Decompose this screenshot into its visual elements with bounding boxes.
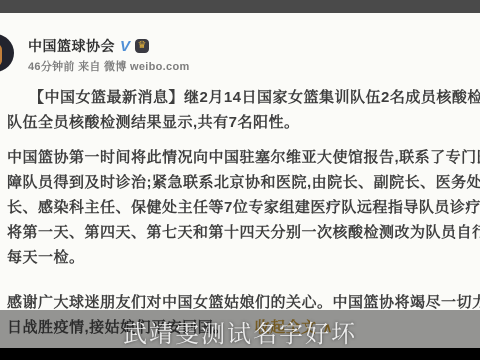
post-text-line: 障队员得到及时诊治;紧急联系北京协和医院,由院长、副院长、医务处 bbox=[7, 170, 480, 195]
post-text-line: 长、感染科主任、保健处主任等7位专家组建医疗队远程指导队员诊疗,将原定 bbox=[7, 195, 480, 220]
weibo-post-screenshot: 中国篮球协会 V ♛ 46分钟前 来自 微博 weibo.com 【中国女篮最新… bbox=[0, 0, 480, 360]
post-text-line: 中国篮协第一时间将此情况向中国驻塞尔维亚大使馆报告,联系了专门医院开设绿色通道保 bbox=[7, 145, 480, 170]
cba-logo-icon bbox=[0, 43, 2, 67]
post-text-line: 将第一天、第四天、第七天和第十四天分别一次核酸检测改为队员自行检 bbox=[7, 220, 480, 245]
author-row: 中国篮球协会 V ♛ bbox=[28, 36, 149, 56]
post-text-line: 队伍全员核酸检测结果显示,共有7名阳性。 bbox=[7, 110, 480, 135]
video-caption-text: 武靖雯测试名字好坏 bbox=[0, 314, 480, 349]
post-paragraph-1: 【中国女篮最新消息】继2月14日国家女篮集训队伍2名成员核酸检测结果呈阳性后, … bbox=[7, 85, 480, 135]
author-name[interactable]: 中国篮球协会 bbox=[28, 36, 115, 56]
post-text-line: 【中国女篮最新消息】继2月14日国家女篮集训队伍2名成员核酸检测结果呈阳性后, bbox=[7, 85, 480, 110]
vip-crown-icon: ♛ bbox=[135, 39, 149, 53]
avatar[interactable] bbox=[0, 34, 14, 72]
post-text-line: 每天一检。 bbox=[7, 245, 480, 270]
verified-v-icon: V bbox=[120, 39, 130, 54]
bottom-black-bar bbox=[0, 348, 480, 360]
post-meta: 46分钟前 来自 微博 weibo.com bbox=[28, 58, 190, 74]
top-status-bar bbox=[0, 0, 480, 13]
post-paragraph-2: 中国篮协第一时间将此情况向中国驻塞尔维亚大使馆报告,联系了专门医院开设绿色通道保… bbox=[7, 145, 480, 270]
